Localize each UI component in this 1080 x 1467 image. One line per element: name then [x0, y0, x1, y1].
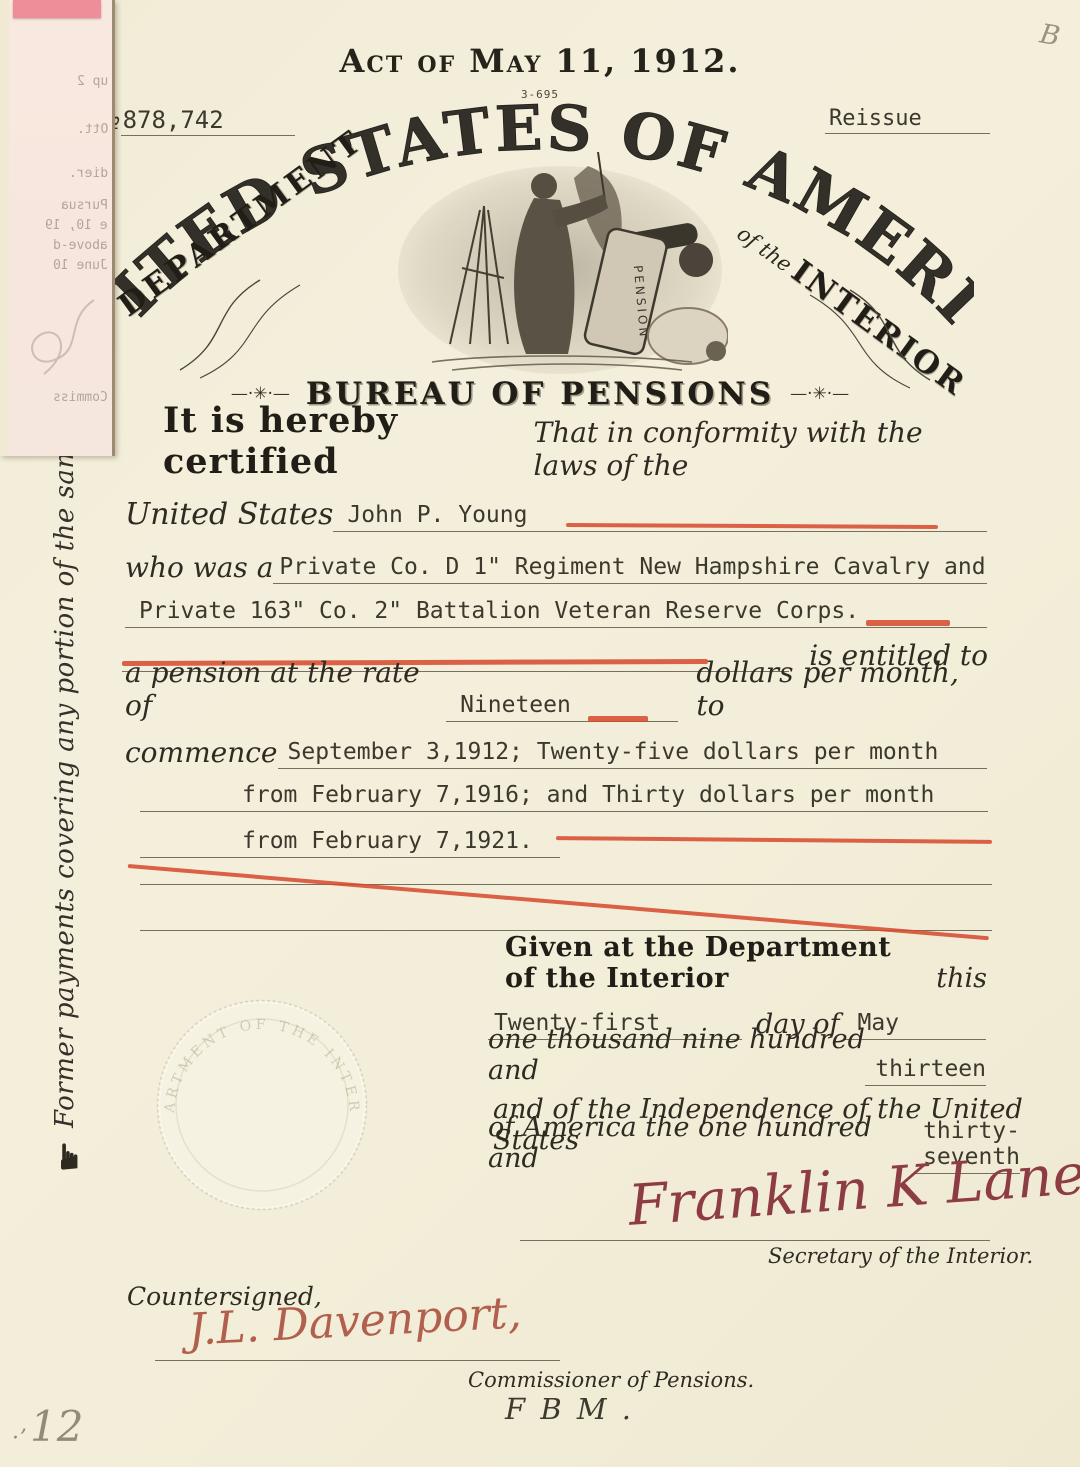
commence-line: commence September 3,1912; Twenty-five d… — [125, 731, 987, 769]
left-margin-vertical-note: Former payments covering any portion of … — [50, 468, 80, 1128]
secretary-signature-line — [520, 1226, 990, 1241]
pink-sheet-bleed-line: Commiss — [53, 390, 108, 405]
pencil-dots: ·ʼ — [12, 1426, 26, 1451]
rate-line: a pension at the rate of Nineteen dollar… — [125, 684, 987, 722]
year-lead-text: one thousand nine hundred and — [488, 1024, 865, 1086]
pencil-mark-group: ·ʼ 12 — [12, 1402, 83, 1451]
certify-line: It is hereby certified That in conformit… — [163, 438, 988, 482]
certify-lead-text: It is hereby certified — [163, 400, 512, 482]
service-value-2: Private 163" Co. 2" Battalion Veteran Re… — [125, 598, 987, 628]
pink-sheet-bleed-line: above-d — [53, 238, 108, 253]
year-line: one thousand nine hundred and thirteen — [488, 1048, 986, 1086]
pink-tab — [13, 0, 101, 18]
rate-tail-text: dollars per month, to — [696, 656, 987, 722]
manicule-icon: ☛ — [50, 1140, 91, 1172]
who-was-a-text: who was a — [125, 551, 273, 584]
given-heading-text: Given at the Department of the Interior — [505, 932, 928, 994]
pink-attachment-sheet: up 2 Ott. dier. Pursua e 10, 19 above-d … — [0, 0, 115, 456]
sheep-icon — [648, 308, 728, 364]
commissioner-signature-line — [155, 1346, 560, 1361]
from-line-1: from February 7,1916; and Thirty dollars… — [140, 778, 988, 812]
commence-value: September 3,1912; Twenty-five dollars pe… — [278, 739, 988, 769]
bureau-banner-row: —·✳·— BUREAU OF PENSIONS —·✳·— — [0, 376, 1080, 412]
red-line-after-1921 — [556, 836, 992, 844]
red-mark-under-rate — [588, 716, 648, 722]
embossed-seal: DEPARTMENT OF THE INTERIOR — [150, 993, 374, 1217]
pink-sheet-pencil-squiggle — [4, 290, 104, 380]
pension-vignette-engraving: PENSION — [392, 148, 728, 386]
commissioner-title: Commissioner of Pensions. — [468, 1368, 754, 1392]
pink-sheet-bleed-line: dier. — [69, 166, 108, 181]
service-value-1: Private Co. D 1" Regiment New Hampshire … — [273, 554, 987, 584]
red-mark-after-corps — [866, 620, 950, 626]
from-value-1: from February 7,1916; and Thirty dollars… — [140, 782, 988, 812]
flourish-right — [760, 260, 940, 390]
pension-certificate-scan: Act of May 11, 1912. 3-695 № 878,742 Rei… — [0, 0, 1080, 1467]
service-line-1: who was a Private Co. D 1" Regiment New … — [125, 548, 987, 584]
commence-lead-text: commence — [125, 736, 278, 769]
pink-sheet-bleed-line: up 2 — [77, 74, 108, 89]
from-line-2: from February 7,1921. — [140, 824, 560, 858]
from-value-2: from February 7,1921. — [140, 828, 560, 858]
year-value: thirteen — [865, 1056, 986, 1086]
pink-sheet-bleed-line: Ott. — [77, 122, 108, 137]
certify-rest-text: That in conformity with the laws of the — [534, 416, 989, 482]
banner-ornament-right: —·✳·— — [790, 384, 849, 404]
clerk-initials: F B M . — [505, 1392, 634, 1426]
given-this-text: this — [936, 963, 987, 994]
service-line-2: Private 163" Co. 2" Battalion Veteran Re… — [125, 594, 987, 628]
month-value: May — [845, 1010, 986, 1040]
given-heading-line: Given at the Department of the Interior … — [505, 954, 987, 994]
pink-sheet-edge-sliver — [0, 0, 9, 456]
rate-lead-text: a pension at the rate of — [125, 656, 446, 722]
flourish-left — [170, 250, 350, 380]
pink-sheet-bleed-line: e 10, 19 — [45, 218, 108, 233]
secretary-title: Secretary of the Interior. — [768, 1244, 1033, 1268]
pink-sheet-bleed-line: Pursua — [61, 198, 108, 213]
pencil-number-bottom-left: 12 — [30, 1402, 83, 1451]
united-states-text: United States — [125, 497, 333, 532]
pink-sheet-bleed-line: June 10 — [53, 258, 108, 273]
